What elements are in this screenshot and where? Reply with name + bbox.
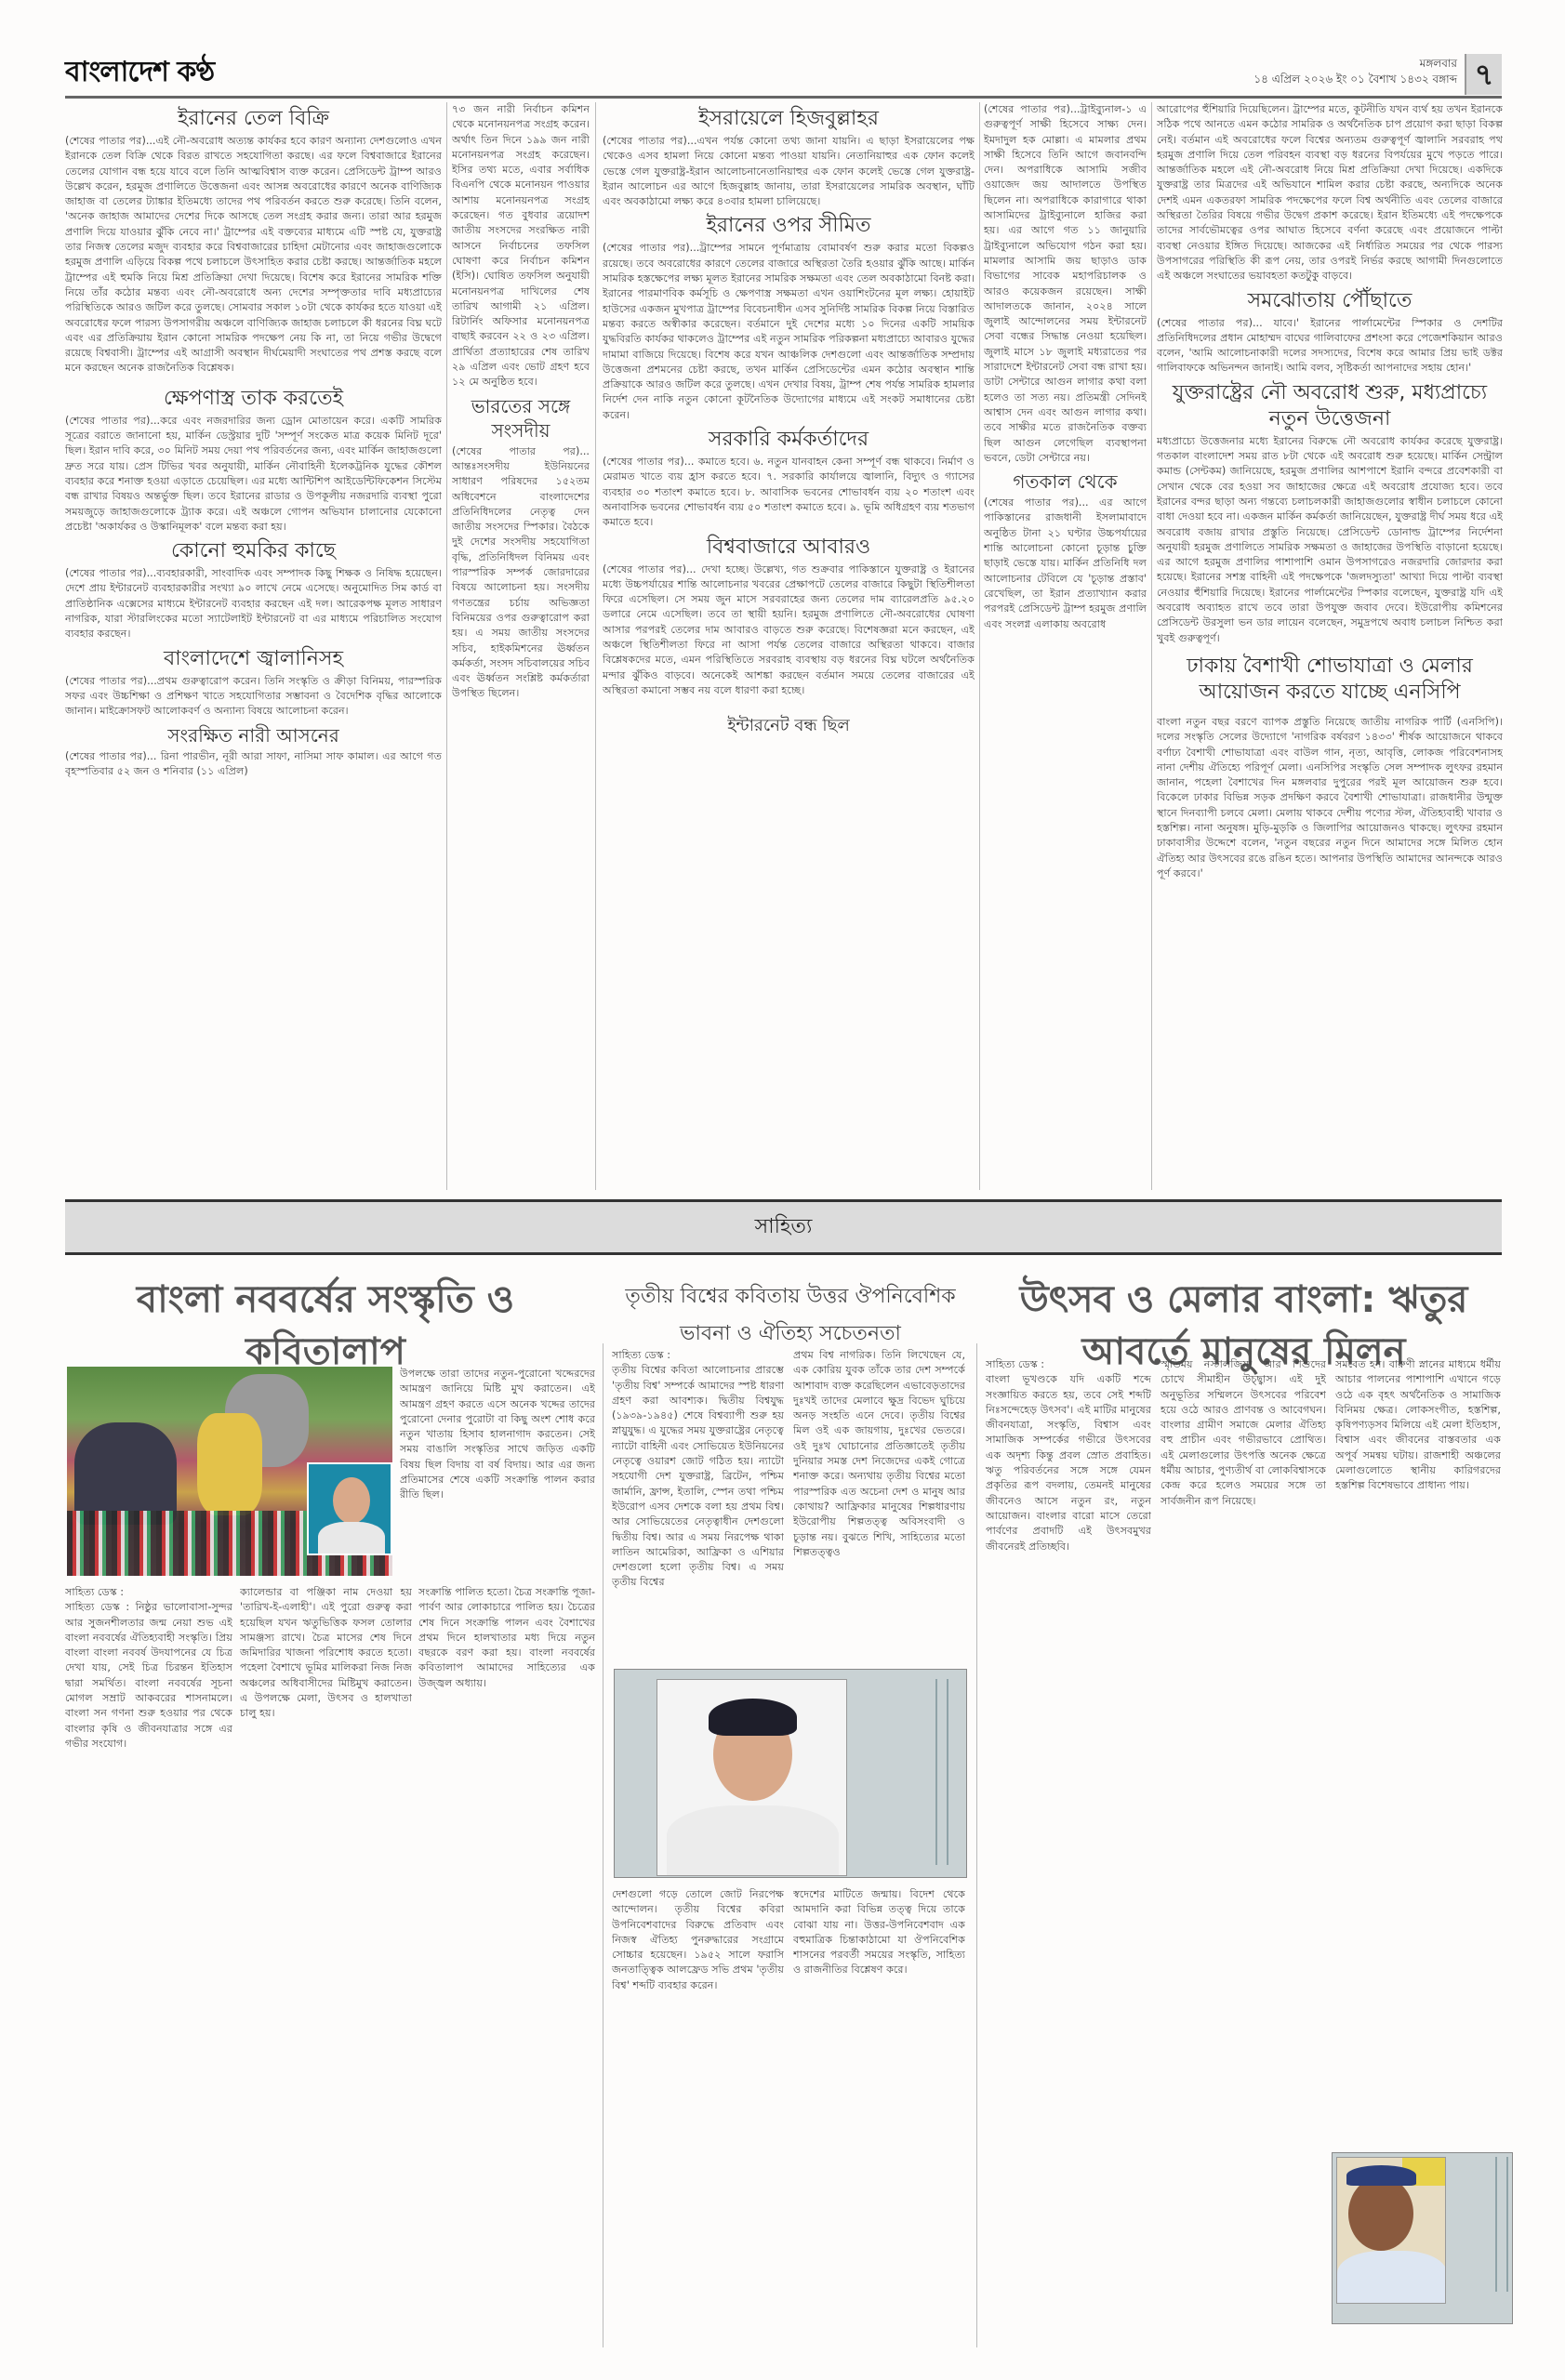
headline-reserved-women: সংরক্ষিত নারী আসনের bbox=[65, 723, 442, 747]
literature-2-col-c: দেশগুলো গড়ে তোলে জোট নিরপেক্ষ আন্দোলন। … bbox=[612, 1887, 784, 2343]
headline-us-blockade: যুক্তরাষ্ট্রের নৌ অবরোধ শুরু, মধ্যপ্রাচ্… bbox=[1157, 380, 1503, 432]
column-2: ৭৩ জন নারী নির্বাচন কমিশন থেকে মনোনয়নপত… bbox=[452, 102, 590, 1199]
article-bangladesh-fuel-body: (শেষের পাতার পর)...প্রথম গুরুত্বারোপ করে… bbox=[65, 674, 442, 720]
column-1: ইরানের তেল বিক্রি (শেষের পাতার পর)...এই … bbox=[65, 102, 442, 1199]
headline-india-parliament: ভারতের সঙ্গে সংসদীয় bbox=[452, 394, 590, 443]
literature-3-col-c: সমবেত হন। বারুণী স্নানের মাধ্যমে ধর্মীয়… bbox=[1335, 1357, 1501, 2143]
author-photo-frame-2 bbox=[614, 1669, 967, 1878]
literature-2-col-d: স্বদেশের মাটিতে জন্মায়। বিদেশ থেকে আমদা… bbox=[793, 1887, 965, 2343]
literature-3-col-b: স্মৃতিময় নস্টালজিয়া আর শিশুদের চোখে সী… bbox=[1160, 1357, 1326, 2343]
issue-date-text: ১৪ এপ্রিল ২০২৬ ইং ০১ বৈশাখ ১৪৩২ বঙ্গাব্দ bbox=[1253, 72, 1457, 87]
literature-3-byline: সাহিত্য ডেস্ক : bbox=[986, 1357, 1151, 1372]
literature-1-col-c: ক্যালেন্ডার বা পঞ্জিকা নাম দেওয়া হয় 'ত… bbox=[240, 1585, 412, 2338]
issue-date: মঙ্গলবার ১৪ এপ্রিল ২০২৬ ইং ০১ বৈশাখ ১৪৩২… bbox=[1253, 56, 1457, 87]
column-3: ইসরায়েলে হিজবুল্লাহর (শেষের পাতার পর)..… bbox=[603, 102, 975, 1199]
article-missile-body: (শেষের পাতার পর)...করে এবং নজরদারির জন্য… bbox=[65, 414, 442, 535]
page-number: ৭ bbox=[1465, 54, 1502, 95]
article-women-candidates-body: ৭৩ জন নারী নির্বাচন কমিশন থেকে মনোনয়নপত… bbox=[452, 102, 590, 390]
literature-1-byline: সাহিত্য ডেস্ক : bbox=[65, 1585, 232, 1600]
article-since-yesterday-body: (শেষের পাতার পর)... এর আগে পাকিস্তানের র… bbox=[984, 496, 1147, 632]
article-agreement-body: (শেষের পাতার পর)... যাবে।' ইরানের পার্লা… bbox=[1157, 316, 1503, 377]
article-reserved-women-body: (শেষের পাতার পর)... রিনা পারভীন, নূরী আর… bbox=[65, 749, 442, 780]
column-divider bbox=[1151, 102, 1152, 1190]
headline-ncp-fair: ঢাকায় বৈশাখী শোভাযাত্রা ও মেলার আয়োজন … bbox=[1157, 654, 1503, 706]
headline-internet-off: ইন্টারনেট বন্ধ ছিল bbox=[603, 713, 975, 739]
article-ncp-fair-body: বাংলা নতুন বছর বরণে ব্যাপক প্রস্তুতি নিয… bbox=[1157, 715, 1503, 881]
author-photo-2 bbox=[657, 1679, 847, 1876]
article-govt-employees-body: (শেষের পাতার পর)... কমাতে হবে। ৬. নতুন য… bbox=[603, 455, 975, 530]
literature-1-body-b: সাহিত্য ডেস্ক : নিষ্ঠুর ভালোবাসা-সুন্দর … bbox=[65, 1600, 232, 1752]
author-photo-frame-3 bbox=[1332, 2152, 1513, 2324]
literature-2-col-b: প্রথম বিশ্ব নাগরিক। তিনি লিখেছেন যে, এক … bbox=[793, 1348, 965, 1664]
masthead-rule bbox=[65, 96, 1502, 99]
article-tribunal-body: (শেষের পাতার পর)...ট্রাইব্যুনাল-১ এ গুরু… bbox=[984, 102, 1147, 466]
article-world-market-body: (শেষের পাতার পর)... দেখা হচ্ছে। উল্লেখ্য… bbox=[603, 562, 975, 699]
headline-since-yesterday: গতকাল থেকে bbox=[984, 469, 1147, 494]
article-no-threat-body: (শেষের পাতার পর)...ব্যবহারকারী, সাংবাদিক… bbox=[65, 566, 442, 641]
article-iran-oil-body: (শেষের পাতার পর)...এই নৌ-অবরোধ অত্যন্ত ক… bbox=[65, 134, 442, 377]
headline-literature-1: বাংলা নববর্ষের সংস্কৃতি ও কবিতালাপ bbox=[65, 1274, 586, 1378]
column-divider bbox=[976, 1343, 977, 2347]
literature-2-col-a: সাহিত্য ডেস্ক : তৃতীয় বিশ্বের কবিতা আলো… bbox=[612, 1348, 784, 1664]
literature-3-col-a: সাহিত্য ডেস্ক : বাংলা ভূখণ্ডকে যদি একটি … bbox=[986, 1357, 1151, 2343]
column-5: আরোপের হুঁশিয়ারি দিয়েছিলেন। ট্রাম্পের … bbox=[1157, 102, 1503, 1199]
article-hezbollah-body: (শেষের পাতার পর)...এখন পর্যন্ত কোনো তথ্য… bbox=[603, 134, 975, 209]
section-title-literature: সাহিত্য bbox=[65, 1199, 1502, 1255]
column-4: (শেষের পাতার পর)...ট্রাইব্যুনাল-১ এ গুরু… bbox=[984, 102, 1147, 1199]
article-india-parliament-body: (শেষের পাতার পর)... আন্তঃসংসদীয় ইউনিয়ন… bbox=[452, 444, 590, 702]
author-photo-1 bbox=[307, 1462, 392, 1555]
literature-1-col-a: উপলক্ষে তারা তাদের নতুন-পুরোনো খদ্দেরদের… bbox=[400, 1367, 595, 1580]
literature-1-col-d: সংক্রান্তি পালিত হতো। চৈত্র সংক্রান্তি প… bbox=[418, 1585, 595, 2338]
headline-world-market: বিশ্ববাজারে আবারও bbox=[603, 535, 975, 561]
headline-govt-employees: সরকারি কর্মকর্তাদের bbox=[603, 427, 975, 453]
author-photo-3 bbox=[1336, 2157, 1446, 2304]
masthead: বাংলাদেশ কণ্ঠ মঙ্গলবার ১৪ এপ্রিল ২০২৬ ইং… bbox=[65, 54, 1502, 95]
headline-hezbollah: ইসরায়েলে হিজবুল্লাহর bbox=[603, 106, 975, 132]
headline-no-threat: কোনো হুমকির কাছে bbox=[65, 538, 442, 564]
headline-agreement: সমঝোতায় পৌঁছাতে bbox=[1157, 288, 1503, 314]
newspaper-logo: বাংলাদেশ কণ্ঠ bbox=[65, 54, 214, 91]
column-divider bbox=[595, 102, 596, 1190]
headline-bangladesh-fuel: বাংলাদেশে জ্বালানিসহ bbox=[65, 646, 442, 672]
literature-2-body-a: তৃতীয় বিশ্বের কবিতা আলোচনার প্রারম্ভে '… bbox=[612, 1363, 784, 1590]
issue-day: মঙ্গলবার bbox=[1253, 56, 1457, 72]
headline-iran-oil: ইরানের তেল বিক্রি bbox=[65, 106, 442, 132]
column-divider bbox=[446, 102, 447, 1190]
literature-3-body-a: বাংলা ভূখণ্ডকে যদি একটি শব্দে সংজ্ঞায়িত… bbox=[986, 1372, 1151, 1554]
literature-2-byline: সাহিত্য ডেস্ক : bbox=[612, 1348, 784, 1363]
headline-missile: ক্ষেপণাস্ত্র তাক করতেই bbox=[65, 386, 442, 412]
column-divider bbox=[979, 102, 980, 1190]
literature-1-col-b: সাহিত্য ডেস্ক : সাহিত্য ডেস্ক : নিষ্ঠুর … bbox=[65, 1585, 232, 2338]
headline-literature-2: তৃতীয় বিশ্বের কবিতায় উত্তর ঔপনিবেশিক ভ… bbox=[614, 1278, 967, 1353]
article-limited-on-iran-body: (শেষের পাতার পর)...ট্রাম্পের সামনে পূর্ণ… bbox=[603, 241, 975, 423]
headline-limited-on-iran: ইরানের ওপর সীমিত bbox=[603, 213, 975, 239]
newspaper-page: বাংলাদেশ কণ্ঠ মঙ্গলবার ১৪ এপ্রিল ২০২৬ ইং… bbox=[0, 0, 1565, 2380]
article-us-blockade-body: মধ্যপ্রাচ্যে উত্তেজনার মধ্যে ইরানের বিরু… bbox=[1157, 434, 1503, 646]
column-divider bbox=[603, 1343, 603, 2347]
article-right-top-body: আরোপের হুঁশিয়ারি দিয়েছিলেন। ট্রাম্পের … bbox=[1157, 102, 1503, 284]
